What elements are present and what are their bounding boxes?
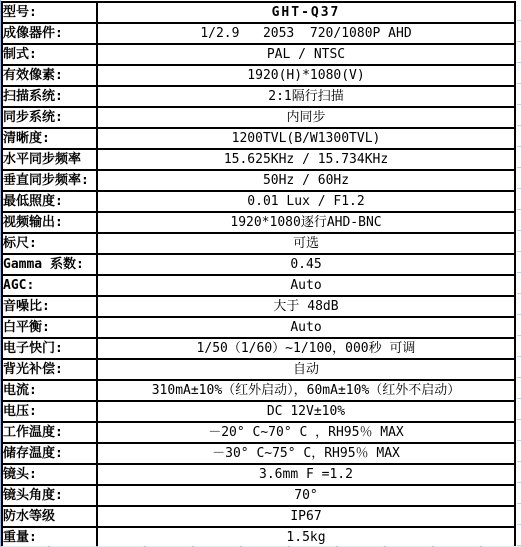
spec-label-cell[interactable]: 镜头: <box>2 464 97 485</box>
spec-label-cell[interactable]: 制式: <box>2 44 97 65</box>
spec-value-cell[interactable]: －20° C~70° C ，RH95％ MAX <box>97 422 515 443</box>
spec-table: 型号: GHT-Q37 成像器件: 1/2.9 2053 720/1080P A… <box>1 1 516 547</box>
spec-label: 清晰度: <box>3 131 50 146</box>
spec-value-cell[interactable]: 50Hz / 60Hz <box>97 170 515 191</box>
spec-value-cell[interactable]: 70° <box>97 485 515 506</box>
table-row: 同步系统: 内同步 <box>2 107 515 128</box>
spec-value: IP67 <box>290 509 321 524</box>
spec-label: 视频输出: <box>3 215 63 230</box>
spec-label-cell[interactable]: 清晰度: <box>2 128 97 149</box>
spec-label-cell[interactable]: 电子快门: <box>2 338 97 359</box>
spec-value-cell[interactable]: －30° C~75° C，RH95％ MAX <box>97 443 515 464</box>
spec-label: 最低照度: <box>3 194 63 209</box>
spec-value: 1/2.9 2053 720/1080P AHD <box>200 26 411 41</box>
table-row: 背光补偿: 自动 <box>2 359 515 380</box>
table-row: 白平衡: Auto <box>2 317 515 338</box>
spec-label-cell[interactable]: 镜头角度: <box>2 485 97 506</box>
spec-label-cell[interactable]: 储存温度: <box>2 443 97 464</box>
table-row: AGC: Auto <box>2 275 515 296</box>
spec-value: PAL / NTSC <box>267 47 345 62</box>
table-row: 清晰度: 1200TVL(B/W1300TVL) <box>2 128 515 149</box>
spec-label-cell[interactable]: 同步系统: <box>2 107 97 128</box>
spec-value-cell[interactable]: 可选 <box>97 233 515 254</box>
spec-value-cell[interactable]: 1/2.9 2053 720/1080P AHD <box>97 23 515 44</box>
spec-label: AGC: <box>3 278 34 293</box>
table-row: Gamma 系数: 0.45 <box>2 254 515 275</box>
spec-label-cell[interactable]: 防水等级 <box>2 506 97 527</box>
spec-label: 镜头角度: <box>3 488 63 503</box>
spec-label: 标尺: <box>3 236 37 251</box>
spec-label: 镜头: <box>3 467 37 482</box>
spec-label-cell[interactable]: 背光补偿: <box>2 359 97 380</box>
table-row: 制式: PAL / NTSC <box>2 44 515 65</box>
spec-label-cell[interactable]: 白平衡: <box>2 317 97 338</box>
table-row: 镜头角度: 70° <box>2 485 515 506</box>
spec-label-cell[interactable]: 成像器件: <box>2 23 97 44</box>
spec-label-cell[interactable]: 扫描系统: <box>2 86 97 107</box>
spec-value: 50Hz / 60Hz <box>263 173 349 188</box>
spec-value-cell[interactable]: 0.01 Lux / F1.2 <box>97 191 515 212</box>
table-row: 成像器件: 1/2.9 2053 720/1080P AHD <box>2 23 515 44</box>
spec-value-cell[interactable]: Auto <box>97 275 515 296</box>
table-row: 最低照度: 0.01 Lux / F1.2 <box>2 191 515 212</box>
spec-value: 1.5kg <box>286 530 325 545</box>
spec-label: 储存温度: <box>3 446 63 461</box>
spec-label: 电子快门: <box>3 341 63 356</box>
spec-value: Auto <box>290 320 321 335</box>
spec-value: DC 12V±10% <box>267 404 345 419</box>
spec-value-cell[interactable]: 1200TVL(B/W1300TVL) <box>97 128 515 149</box>
table-row: 重量: 1.5kg <box>2 527 515 547</box>
table-row: 垂直同步频率: 50Hz / 60Hz <box>2 170 515 191</box>
spec-label: 音噪比: <box>3 299 50 314</box>
spec-value-cell[interactable]: PAL / NTSC <box>97 44 515 65</box>
spec-value-cell[interactable]: 15.625KHz / 15.734KHz <box>97 149 515 170</box>
spec-value-cell[interactable]: 大于 48dB <box>97 296 515 317</box>
spec-value: 15.625KHz / 15.734KHz <box>224 152 388 167</box>
spec-value: －20° C~70° C ，RH95％ MAX <box>208 425 404 440</box>
spec-label-cell[interactable]: 重量: <box>2 527 97 547</box>
spec-value-cell[interactable]: Auto <box>97 317 515 338</box>
spec-value: 1920*1080逐行AHD-BNC <box>230 215 381 230</box>
spec-value: 1920(H)*1080(V) <box>247 68 364 83</box>
spec-value: 310mA±10%（红外启动），60mA±10%（红外不启动） <box>152 383 461 398</box>
spec-value: GHT-Q37 <box>272 5 341 20</box>
spec-label: 防水等级 <box>3 509 55 524</box>
spec-label-cell[interactable]: 电压: <box>2 401 97 422</box>
spreadsheet-area: 型号: GHT-Q37 成像器件: 1/2.9 2053 720/1080P A… <box>0 0 521 547</box>
spec-value: 1/50（1/60）~1/100，000秒 可调 <box>197 341 416 356</box>
spec-value: 0.45 <box>290 257 321 272</box>
spec-label-cell[interactable]: Gamma 系数: <box>2 254 97 275</box>
spec-label: 白平衡: <box>3 320 50 335</box>
spec-label: 型号: <box>3 5 37 20</box>
table-row: 储存温度: －30° C~75° C，RH95％ MAX <box>2 443 515 464</box>
spec-label: 成像器件: <box>3 26 63 41</box>
table-row: 有效像素: 1920(H)*1080(V) <box>2 65 515 86</box>
table-row: 工作温度: －20° C~70° C ，RH95％ MAX <box>2 422 515 443</box>
spec-label: 水平同步频率 <box>3 152 81 167</box>
table-row: 电子快门: 1/50（1/60）~1/100，000秒 可调 <box>2 338 515 359</box>
spec-label: 电压: <box>3 404 37 419</box>
spec-value-cell[interactable]: 1/50（1/60）~1/100，000秒 可调 <box>97 338 515 359</box>
spec-label: 垂直同步频率: <box>3 173 89 188</box>
spec-label-cell[interactable]: 音噪比: <box>2 296 97 317</box>
spec-value-cell[interactable]: 内同步 <box>97 107 515 128</box>
spec-value-cell[interactable]: 自动 <box>97 359 515 380</box>
spec-value-cell[interactable]: GHT-Q37 <box>97 2 515 23</box>
spec-value: 内同步 <box>286 110 325 125</box>
table-row: 电流: 310mA±10%（红外启动），60mA±10%（红外不启动） <box>2 380 515 401</box>
spec-value: 2:1隔行扫描 <box>268 89 343 104</box>
spec-label-cell[interactable]: 垂直同步频率: <box>2 170 97 191</box>
table-row: 电压: DC 12V±10% <box>2 401 515 422</box>
spec-value-cell[interactable]: 2:1隔行扫描 <box>97 86 515 107</box>
spec-value: 大于 48dB <box>273 299 338 314</box>
table-row: 镜头: 3.6mm F =1.2 <box>2 464 515 485</box>
spec-value: 自动 <box>293 362 319 377</box>
spec-label-cell[interactable]: 型号: <box>2 2 97 23</box>
spec-value-cell[interactable]: 3.6mm F =1.2 <box>97 464 515 485</box>
table-row: 扫描系统: 2:1隔行扫描 <box>2 86 515 107</box>
spec-label: 电流: <box>3 383 37 398</box>
spec-label: 制式: <box>3 47 37 62</box>
spec-value: 3.6mm F =1.2 <box>259 467 353 482</box>
spec-value: 0.01 Lux / F1.2 <box>247 194 364 209</box>
spec-label: Gamma 系数: <box>3 257 84 272</box>
spec-value-cell[interactable]: 310mA±10%（红外启动），60mA±10%（红外不启动） <box>97 380 515 401</box>
spec-value-cell[interactable]: DC 12V±10% <box>97 401 515 422</box>
spec-value-cell[interactable]: 0.45 <box>97 254 515 275</box>
spec-label-cell[interactable]: 最低照度: <box>2 191 97 212</box>
spec-label-cell[interactable]: 标尺: <box>2 233 97 254</box>
spec-value: 可选 <box>293 236 319 251</box>
spec-value: －30° C~75° C，RH95％ MAX <box>212 446 400 461</box>
spec-value-cell[interactable]: 1.5kg <box>97 527 515 547</box>
spec-label: 重量: <box>3 530 37 545</box>
table-row: 防水等级 IP67 <box>2 506 515 527</box>
spec-label: 工作温度: <box>3 425 63 440</box>
spec-value: 70° <box>294 488 317 503</box>
spec-label-cell[interactable]: 有效像素: <box>2 65 97 86</box>
spec-value: Auto <box>290 278 321 293</box>
spec-value-cell[interactable]: 1920*1080逐行AHD-BNC <box>97 212 515 233</box>
sheet-gridline-right-stubs <box>517 0 521 547</box>
spec-label: 有效像素: <box>3 68 63 83</box>
spec-label: 背光补偿: <box>3 362 63 377</box>
spec-value-cell[interactable]: 1920(H)*1080(V) <box>97 65 515 86</box>
spec-label-cell[interactable]: AGC: <box>2 275 97 296</box>
spec-label-cell[interactable]: 工作温度: <box>2 422 97 443</box>
table-row: 音噪比: 大于 48dB <box>2 296 515 317</box>
table-row: 水平同步频率 15.625KHz / 15.734KHz <box>2 149 515 170</box>
spec-label: 同步系统: <box>3 110 63 125</box>
spec-label-cell[interactable]: 水平同步频率 <box>2 149 97 170</box>
spec-label-cell[interactable]: 电流: <box>2 380 97 401</box>
table-row: 标尺: 可选 <box>2 233 515 254</box>
table-row: 型号: GHT-Q37 <box>2 2 515 23</box>
spec-value: 1200TVL(B/W1300TVL) <box>232 131 381 146</box>
spec-label-cell[interactable]: 视频输出: <box>2 212 97 233</box>
table-row: 视频输出: 1920*1080逐行AHD-BNC <box>2 212 515 233</box>
spec-label: 扫描系统: <box>3 89 63 104</box>
spec-value-cell[interactable]: IP67 <box>97 506 515 527</box>
